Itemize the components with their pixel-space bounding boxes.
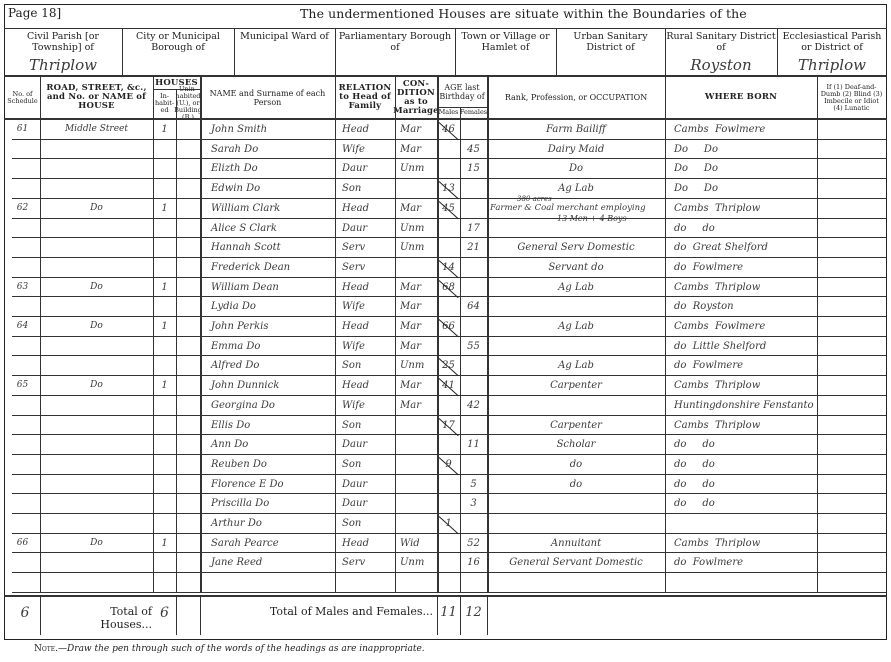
cell-condition: Unm xyxy=(398,356,434,375)
area-field-6: Urban Sanitary District of xyxy=(556,28,665,75)
cell-occupation: Carpenter xyxy=(490,376,662,395)
cell-age-female: 11 xyxy=(463,435,484,454)
cell-condition: Mar xyxy=(398,317,434,336)
cell-condition: Mar xyxy=(398,337,434,356)
cell-age-female: 15 xyxy=(463,159,484,178)
cell-occupation: Ag Lab xyxy=(490,179,662,198)
cell-relation: Son xyxy=(338,514,392,533)
cell-person-name: John Perkis xyxy=(203,317,332,336)
cell-schedule-number: 65 xyxy=(8,376,37,395)
cell-schedule-number: 66 xyxy=(8,534,37,553)
cell-where-born: Do Do xyxy=(668,179,814,198)
cell-road-street: Do xyxy=(43,376,150,395)
cell-age-female: 21 xyxy=(463,238,484,257)
cell-occupation: Do xyxy=(490,159,662,178)
cell-schedule-number: 61 xyxy=(8,120,37,139)
cell-where-born: Cambs Fowlmere xyxy=(668,317,814,336)
cell-road-street: Do xyxy=(43,278,150,297)
cell-road-street: Do xyxy=(43,317,150,336)
cell-condition: Unm xyxy=(398,238,434,257)
cell-relation: Son xyxy=(338,356,392,375)
cell-relation: Head xyxy=(338,317,392,336)
cell-condition: Mar xyxy=(398,199,434,218)
cell-person-name: Alfred Do xyxy=(203,356,332,375)
area-field-8: Ecclesiastical Parish or District ofThri… xyxy=(777,28,887,75)
cell-person-name: Priscilla Do xyxy=(203,494,332,513)
col-header-schedule: No. of Schedule xyxy=(5,77,40,118)
cell-occupation: Farm Bailiff xyxy=(490,120,662,139)
cell-where-born: Cambs Thriplow xyxy=(668,416,814,435)
cell-occupation: Annuitant xyxy=(490,534,662,553)
cell-person-name: Elizth Do xyxy=(203,159,332,178)
total-males: 11 xyxy=(437,605,460,620)
area-field-5: Town or Village or Hamlet of xyxy=(455,28,556,75)
cell-relation: Wife xyxy=(338,297,392,316)
cell-where-born: do do xyxy=(668,455,814,474)
cell-age-female: 45 xyxy=(463,140,484,159)
cell-occupation: do xyxy=(490,475,662,494)
cell-person-name: Alice S Clark xyxy=(203,219,332,238)
cell-person-name: Reuben Do xyxy=(203,455,332,474)
cell-person-name: Edwin Do xyxy=(203,179,332,198)
cell-where-born: do Fowlmere xyxy=(668,356,814,375)
cell-where-born: Cambs Thriplow xyxy=(668,278,814,297)
cell-relation: Daur xyxy=(338,159,392,178)
cell-where-born: do do xyxy=(668,435,814,454)
area-field-label: City or Municipal Borough of xyxy=(122,28,234,53)
cell-age-female: 16 xyxy=(463,553,484,572)
cell-where-born: do do xyxy=(668,494,814,513)
col-header-females: Females xyxy=(460,107,487,118)
cell-person-name: Georgina Do xyxy=(203,396,332,415)
col-header-uninhabited: Unin-habited (U.), or Building (B.) xyxy=(176,89,200,118)
cell-where-born: Cambs Thriplow xyxy=(668,376,814,395)
col-header-road: ROAD, STREET, &c., and No. or NAME of HO… xyxy=(44,77,149,118)
total-females: 12 xyxy=(460,605,487,620)
total-houses-label: Total of Houses... xyxy=(60,605,152,631)
cell-person-name: Emma Do xyxy=(203,337,332,356)
cell-where-born: do do xyxy=(668,475,814,494)
cell-relation: Wife xyxy=(338,337,392,356)
cell-person-name: John Dunnick xyxy=(203,376,332,395)
area-field-7: Rural Sanitary District ofRoyston xyxy=(665,28,777,75)
cell-where-born: do Fowlmere xyxy=(668,258,814,277)
cell-relation: Daur xyxy=(338,435,392,454)
col-header-infirmity: If (1) Deaf-and-Dumb (2) Blind (3) Imbec… xyxy=(819,77,884,118)
cell-person-name: Frederick Dean xyxy=(203,258,332,277)
cell-occupation: Ag Lab xyxy=(490,317,662,336)
area-field-label: Rural Sanitary District of xyxy=(665,28,777,53)
cell-houses-inhabited: 1 xyxy=(156,317,173,336)
cell-condition: Mar xyxy=(398,278,434,297)
area-field-2: City or Municipal Borough of xyxy=(122,28,234,75)
page-title: The undermentioned Houses are situate wi… xyxy=(300,6,747,21)
cell-condition: Mar xyxy=(398,297,434,316)
cell-where-born: Cambs Thriplow xyxy=(668,199,814,218)
total-persons-label: Total of Males and Females... xyxy=(200,605,433,618)
area-field-label: Civil Parish [or Township] of xyxy=(4,28,122,53)
cell-relation: Daur xyxy=(338,494,392,513)
cell-schedule-number: 62 xyxy=(8,199,37,218)
cell-person-name: Sarah Pearce xyxy=(203,534,332,553)
col-header-age: AGE last Birthday of xyxy=(437,77,487,107)
cell-person-name: Florence E Do xyxy=(203,475,332,494)
cell-person-name: William Clark xyxy=(203,199,332,218)
cell-condition: Mar xyxy=(398,140,434,159)
cell-relation: Serv xyxy=(338,553,392,572)
cell-occupation: General Servant Domestic xyxy=(490,553,662,572)
cell-relation: Head xyxy=(338,534,392,553)
cell-relation: Son xyxy=(338,179,392,198)
cell-where-born: Do Do xyxy=(668,140,814,159)
cell-where-born: do do xyxy=(668,219,814,238)
note-prefix: Note. xyxy=(34,644,58,654)
cell-road-street: Do xyxy=(43,199,150,218)
area-field-value: Thriplow xyxy=(4,56,122,74)
cell-relation: Head xyxy=(338,376,392,395)
cell-houses-inhabited: 1 xyxy=(156,199,173,218)
cell-houses-inhabited: 1 xyxy=(156,120,173,139)
cell-age-female: 55 xyxy=(463,337,484,356)
cell-occupation: Ag Lab xyxy=(490,278,662,297)
col-header-where-born: WHERE BORN xyxy=(665,77,817,118)
cell-where-born: do Great Shelford xyxy=(668,238,814,257)
cell-relation: Serv xyxy=(338,258,392,277)
cell-relation: Son xyxy=(338,416,392,435)
cell-condition: Unm xyxy=(398,219,434,238)
cell-where-born: Huntingdonshire Fenstanton xyxy=(668,396,814,415)
cell-where-born: Cambs Fowlmere xyxy=(668,120,814,139)
table-row xyxy=(5,573,886,593)
cell-relation: Head xyxy=(338,199,392,218)
area-field-3: Municipal Ward of xyxy=(234,28,335,75)
cell-where-born: Cambs Thriplow xyxy=(668,534,814,553)
note-text: —Draw the pen through such of the words … xyxy=(58,644,425,654)
cell-occupation: Dairy Maid xyxy=(490,140,662,159)
cell-person-name: Hannah Scott xyxy=(203,238,332,257)
cell-road-street: Middle Street xyxy=(43,120,150,139)
cell-age-female: 5 xyxy=(463,475,484,494)
cell-person-name: William Dean xyxy=(203,278,332,297)
cell-occupation: Scholar xyxy=(490,435,662,454)
cell-condition: Mar xyxy=(398,396,434,415)
footnote: Note.—Draw the pen through such of the w… xyxy=(34,644,425,654)
cell-occupation: Ag Lab xyxy=(490,356,662,375)
cell-schedule-number: 64 xyxy=(8,317,37,336)
cell-where-born: do Little Shelford xyxy=(668,337,814,356)
area-field-label: Urban Sanitary District of xyxy=(556,28,665,53)
cell-age-female: 17 xyxy=(463,219,484,238)
cell-person-name: Ann Do xyxy=(203,435,332,454)
total-houses-inhabited: 6 xyxy=(153,605,176,621)
col-header-relation: RELATION to Head of Family xyxy=(335,77,395,118)
col-header-condition: CON-DITION as to Marriage xyxy=(395,77,437,118)
cell-houses-inhabited: 1 xyxy=(156,534,173,553)
cell-road-street: Do xyxy=(43,534,150,553)
cell-condition: Wid xyxy=(398,534,434,553)
cell-relation: Serv xyxy=(338,238,392,257)
cell-age-female: 42 xyxy=(463,396,484,415)
area-field-value: Thriplow xyxy=(777,56,887,74)
cell-person-name: Jane Reed xyxy=(203,553,332,572)
cell-relation: Son xyxy=(338,455,392,474)
cell-relation: Wife xyxy=(338,140,392,159)
cell-person-name: Lydia Do xyxy=(203,297,332,316)
area-field-label: Municipal Ward of xyxy=(234,28,335,42)
col-header-inhabited: In-habit-ed xyxy=(153,89,176,118)
col-header-males: Males xyxy=(437,107,460,118)
cell-person-name: Arthur Do xyxy=(203,514,332,533)
area-field-label: Ecclesiastical Parish or District of xyxy=(777,28,887,53)
col-header-occupation: Rank, Profession, or OCCUPATION xyxy=(487,77,665,118)
cell-relation: Daur xyxy=(338,475,392,494)
cell-person-name: Sarah Do xyxy=(203,140,332,159)
area-field-4: Parliamentary Borough of xyxy=(335,28,455,75)
cell-relation: Daur xyxy=(338,219,392,238)
total-schedules: 6 xyxy=(10,605,40,621)
cell-occupation: Carpenter xyxy=(490,416,662,435)
cell-relation: Head xyxy=(338,278,392,297)
area-field-label: Town or Village or Hamlet of xyxy=(455,28,556,53)
area-field-value: Royston xyxy=(665,56,777,74)
area-field-1: Civil Parish [or Township] ofThriplow xyxy=(4,28,122,75)
cell-schedule-number: 63 xyxy=(8,278,37,297)
cell-where-born: Do Do xyxy=(668,159,814,178)
cell-relation: Wife xyxy=(338,396,392,415)
col-header-name: NAME and Surname of each Person xyxy=(206,77,329,118)
cell-person-name: John Smith xyxy=(203,120,332,139)
cell-age-female: 52 xyxy=(463,534,484,553)
cell-age-female: 64 xyxy=(463,297,484,316)
cell-condition: Mar xyxy=(398,120,434,139)
cell-age-female: 3 xyxy=(463,494,484,513)
cell-person-name: Ellis Do xyxy=(203,416,332,435)
cell-condition: Unm xyxy=(398,553,434,572)
cell-houses-inhabited: 1 xyxy=(156,376,173,395)
cell-houses-inhabited: 1 xyxy=(156,278,173,297)
cell-occupation: do xyxy=(490,455,662,474)
area-field-label: Parliamentary Borough of xyxy=(335,28,455,53)
cell-condition: Unm xyxy=(398,159,434,178)
cell-relation: Head xyxy=(338,120,392,139)
cell-where-born: do Royston xyxy=(668,297,814,316)
cell-occupation: Servant do xyxy=(490,258,662,277)
page-number: Page 18] xyxy=(8,6,61,20)
cell-condition: Mar xyxy=(398,376,434,395)
cell-occupation: General Serv Domestic xyxy=(490,238,662,257)
cell-where-born: do Fowlmere xyxy=(668,553,814,572)
